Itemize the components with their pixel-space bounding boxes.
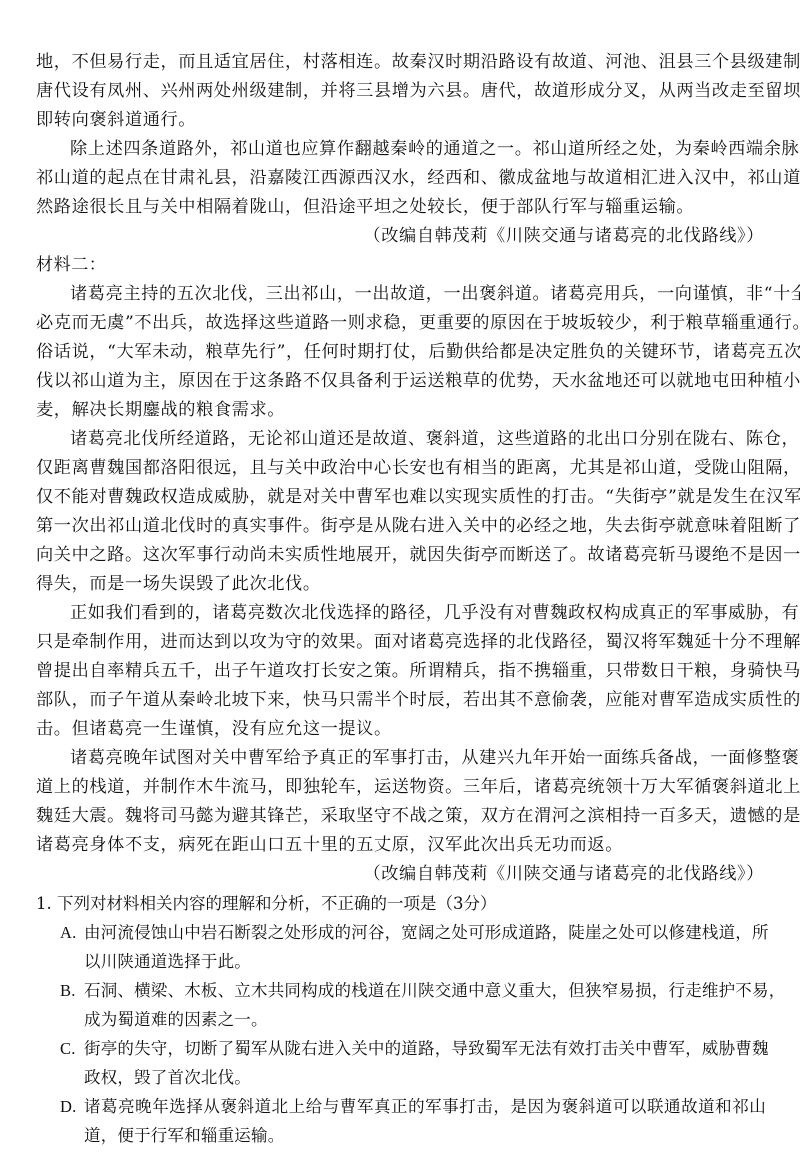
option-label: A. [60, 918, 84, 947]
text-line: 祁山道的起点在甘肃礼县，沿嘉陵江西源西汉水，经西和、徽成盆地与故道相汇进入汉中，… [36, 164, 766, 193]
option-text: 由河流侵蚀山中岩石断裂之处形成的河谷，宽阔之处可形成道路，陡崖之处可以修建栈道，… [84, 918, 766, 947]
option-label: D. [60, 1092, 84, 1121]
source-citation: （改编自韩茂莉《川陕交通与诸葛亮的北伐路线》） [36, 860, 766, 889]
option-label: B. [60, 976, 84, 1005]
option-text: 街亭的失守，切断了蜀军从陇右进入关中的道路，导致蜀军无法有效打击关中曹军，威胁曹… [84, 1034, 766, 1063]
text-line: 诸葛亮身体不支，病死在距山口五十里的五丈原，汉军此次出兵无功而返。 [36, 831, 766, 860]
text-line: 正如我们看到的，诸葛亮数次北伐选择的路径，几乎没有对曹魏政权构成真正的军事威胁，… [36, 599, 766, 628]
text-line: 击。但诸葛亮一生谨慎，没有应允这一提议。 [36, 715, 766, 744]
option-b-continued: 成为蜀道难的因素之一。 [36, 1005, 766, 1034]
section-heading: 材料二： [36, 251, 766, 280]
option-c[interactable]: C.街亭的失守，切断了蜀军从陇右进入关中的道路，导致蜀军无法有效打击关中曹军，威… [36, 1034, 766, 1063]
text-line: 地，不但易行走，而且适宜居住，村落相连。故秦汉时期沿路设有故道、河池、沮县三个县… [36, 48, 766, 77]
text-line: 伐以祁山道为主，原因在于这条路不仅具备利于运送粮草的优势，天水盆地还可以就地屯田… [36, 367, 766, 396]
text-line: 除上述四条道路外，祁山道也应算作翻越秦岭的通道之一。祁山道所经之处，为秦岭西端余… [36, 135, 766, 164]
text-line: 仅距离曹魏国都洛阳很远，且与关中政治中心长安也有相当的距离，尤其是祁山道，受陇山… [36, 454, 766, 483]
option-text: 诸葛亮晚年选择从褒斜道北上给与曹军真正的军事打击，是因为褒斜道可以联通故道和祁山 [84, 1092, 766, 1121]
text-line: 诸葛亮主持的五次北伐，三出祁山，一出故道，一出褒斜道。诸葛亮用兵，一向谨慎，非“… [36, 280, 766, 309]
option-a[interactable]: A.由河流侵蚀山中岩石断裂之处形成的河谷，宽阔之处可形成道路，陡崖之处可以修建栈… [36, 918, 766, 947]
text-line: 第一次出祁山道北伐时的真实事件。街亭是从陇右进入关中的必经之地，失去街亭就意味着… [36, 512, 766, 541]
exam-page: 地，不但易行走，而且适宜居住，村落相连。故秦汉时期沿路设有故道、河池、沮县三个县… [36, 48, 766, 1150]
option-a-continued: 以川陕通道选择于此。 [36, 947, 766, 976]
text-line: 得失，而是一场失误毁了此次北伐。 [36, 570, 766, 599]
option-label: C. [60, 1034, 84, 1063]
text-line: 麦，解决长期鏖战的粮食需求。 [36, 396, 766, 425]
text-line: 魏廷大震。魏将司马懿为避其锋芒，采取坚守不战之策，双方在渭河之滨相持一百多天，遗… [36, 802, 766, 831]
text-line: 俗话说，“大军未动，粮草先行”，任何时期打仗，后勤供给都是决定胜负的关键环节，诸… [36, 338, 766, 367]
text-line: 只是牵制作用，进而达到以攻为守的效果。面对诸葛亮选择的北伐路径，蜀汉将军魏延十分… [36, 628, 766, 657]
text-line: 诸葛亮北伐所经道路，无论祁山道还是故道、褒斜道，这些道路的北出口分别在陇右、陈仓… [36, 425, 766, 454]
option-d-continued: 道，便于行军和辎重运输。 [36, 1121, 766, 1150]
source-citation: （改编自韩茂莉《川陕交通与诸葛亮的北伐路线》） [36, 222, 766, 251]
question-stem: 1. 下列对材料相关内容的理解和分析，不正确的一项是（3分） [36, 889, 766, 918]
text-line: 唐代设有凤州、兴州两处州级建制，并将三县增为六县。唐代，故道形成分叉，从两当改走… [36, 77, 766, 106]
text-line: 曾提出自率精兵五千，出子午道攻打长安之策。所谓精兵，指不携辎重，只带数日干粮，身… [36, 657, 766, 686]
text-line: 仅不能对曹魏政权造成威胁，就是对关中曹军也难以实现实质性的打击。“失街亭”就是发… [36, 483, 766, 512]
text-line: 必克而无虞”不出兵，故选择这些道路一则求稳，更重要的原因在于坡坂较少，利于粮草辎… [36, 309, 766, 338]
text-line: 然路途很长且与关中相隔着陇山，但沿途平坦之处较长，便于部队行军与辎重运输。 [36, 193, 766, 222]
text-line: 即转向褒斜道通行。 [36, 106, 766, 135]
text-line: 道上的栈道，并制作木牛流马，即独轮车，运送物资。三年后，诸葛亮统领十万大军循褒斜… [36, 773, 766, 802]
text-line: 诸葛亮晚年试图对关中曹军给予真正的军事打击，从建兴九年开始一面练兵备战，一面修整… [36, 744, 766, 773]
option-b[interactable]: B.石洞、横梁、木板、立木共同构成的栈道在川陕交通中意义重大，但狭窄易损，行走维… [36, 976, 766, 1005]
option-c-continued: 政权，毁了首次北伐。 [36, 1063, 766, 1092]
text-line: 部队，而子午道从秦岭北坡下来，快马只需半个时辰，若出其不意偷袭，应能对曹军造成实… [36, 686, 766, 715]
option-d[interactable]: D.诸葛亮晚年选择从褒斜道北上给与曹军真正的军事打击，是因为褒斜道可以联通故道和… [36, 1092, 766, 1121]
option-text: 石洞、横梁、木板、立木共同构成的栈道在川陕交通中意义重大，但狭窄易损，行走维护不… [84, 976, 766, 1005]
text-line: 向关中之路。这次军事行动尚未实质性地展开，就因失街亭而断送了。故诸葛亮斩马谡绝不… [36, 541, 766, 570]
